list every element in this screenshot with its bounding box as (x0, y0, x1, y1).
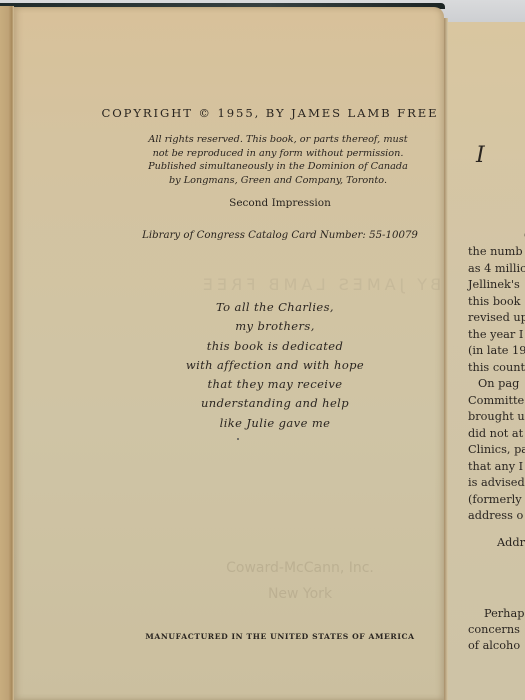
text-line: this book (468, 295, 521, 308)
copyright-notice: COPYRIGHT © 1955, BY JAMES LAMB FREE (100, 106, 440, 120)
text-line: On pag (478, 377, 519, 390)
show-through-line: Coward-McCann, Inc. (200, 555, 400, 581)
text-line: the year I (468, 328, 523, 341)
catalog-number: Library of Congress Catalog Card Number:… (130, 230, 430, 241)
manufactured-notice: MANUFACTURED IN THE UNITED STATES OF AME… (120, 632, 440, 641)
rights-statement: All rights reserved. This book, or parts… (118, 133, 438, 188)
address-label: Addr (497, 536, 525, 549)
impression-note: Second Impression (130, 197, 430, 209)
dedication-line: understanding and help (160, 394, 390, 413)
dedication-line: with affection and with hope (160, 356, 390, 375)
text-line: Perhap (484, 607, 524, 620)
dedication-line: To all the Charlies, (160, 298, 390, 317)
rights-line: by Longmans, Green and Company, Toronto. (118, 174, 438, 188)
text-line: of alcoho (468, 639, 520, 652)
dedication-line: like Julie gave me (160, 414, 390, 433)
text-line: revised up (468, 311, 525, 324)
text-line: (in late 19 (468, 344, 525, 357)
text-line: as 4 millic (468, 262, 525, 275)
rights-line: Published simultaneously in the Dominion… (118, 160, 438, 174)
text-line: concerns (468, 623, 520, 636)
text-line: that any I (468, 460, 523, 473)
page-stack-edge (0, 6, 14, 700)
show-through-publisher: Coward-McCann, Inc. New York (200, 555, 400, 607)
chapter-heading-fragment: I (476, 143, 485, 168)
dedication-line: my brothers, (160, 317, 390, 336)
rights-line: not be reproduced in any form without pe… (118, 147, 438, 161)
text-line: is advised (468, 476, 525, 489)
facing-page: I C the numb as 4 millic Jellinek's this… (448, 22, 525, 700)
text-line: did not at (468, 427, 523, 440)
dedication-line: this book is dedicated (160, 337, 390, 356)
dedication: To all the Charlies, my brothers, this b… (160, 298, 390, 433)
text-line: Clinics, pa (468, 443, 525, 456)
text-line: the numb (468, 245, 523, 258)
ornament-dot (237, 438, 239, 440)
show-through-line: New York (200, 581, 400, 607)
text-line: this count (468, 361, 525, 374)
rights-line: All rights reserved. This book, or parts… (118, 133, 438, 147)
text-line: Committe (468, 394, 524, 407)
show-through-text: BY JAMES LAMB FREE (195, 275, 445, 294)
text-line: Jellinek's (468, 278, 520, 291)
text-line: (formerly (468, 493, 522, 506)
text-line: brought u (468, 410, 525, 423)
text-line: address o (468, 509, 523, 522)
dedication-line: that they may receive (160, 375, 390, 394)
